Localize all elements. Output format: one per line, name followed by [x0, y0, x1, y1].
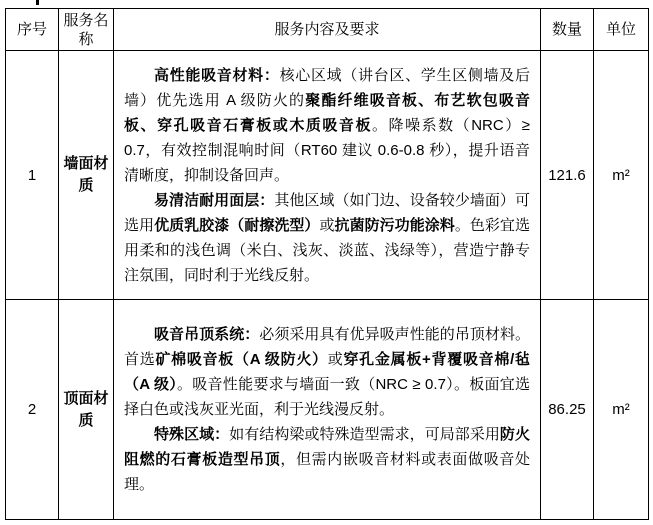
- col-header-index: 序号: [6, 9, 59, 51]
- bold-text-segment: 抗菌防污功能涂料: [335, 217, 455, 234]
- text-segment: 或: [328, 351, 344, 368]
- col-header-content: 服务内容及要求: [114, 9, 541, 51]
- text-segment: 。吸音性能要求与墙面一致（NRC ≥ 0.7）。板面宜选择白色或浅灰亚光面，利于…: [124, 376, 530, 418]
- content-paragraph: 高性能吸音材料：核心区域（讲台区、学生区侧墙及后墙）优先选用 A 级防火的聚酯纤…: [124, 63, 530, 188]
- unit-value: m²: [594, 51, 649, 300]
- content-paragraph: 易清洁耐用面层：其他区域（如门边、设备较少墙面）可选用优质乳胶漆（耐擦洗型）或抗…: [124, 188, 530, 288]
- table-body: 1 墙面材质 高性能吸音材料：核心区域（讲台区、学生区侧墙及后墙）优先选用 A …: [6, 51, 649, 520]
- header-row: 序号 服务名称 服务内容及要求 数量 单位: [6, 9, 649, 51]
- bold-text-segment: 吸音吊顶系统：: [154, 326, 259, 343]
- row-index: 2: [6, 300, 59, 520]
- content-paragraph: 特殊区域：如有结构梁或特殊造型需求，可局部采用防火阻燃的石膏板造型吊顶，但需内嵌…: [124, 422, 530, 497]
- service-content: 吸音吊顶系统：必须采用具有优异吸声性能的吊顶材料。首选矿棉吸音板（A 级防火）或…: [114, 300, 541, 520]
- text-segment: 或: [319, 217, 334, 234]
- bold-text-segment: 高性能吸音材料：: [154, 67, 280, 84]
- service-name: 墙面材质: [59, 51, 114, 300]
- text-segment: 如有结构梁或特殊造型需求，可局部采用: [229, 426, 500, 443]
- stray-mark: [36, 0, 39, 5]
- bold-text-segment: 易清洁耐用面层：: [154, 192, 274, 209]
- col-header-quantity: 数量: [541, 9, 594, 51]
- col-header-unit: 单位: [594, 9, 649, 51]
- row-index: 1: [6, 51, 59, 300]
- table-row: 2 顶面材质 吸音吊顶系统：必须采用具有优异吸声性能的吊顶材料。首选矿棉吸音板（…: [6, 300, 649, 520]
- service-name: 顶面材质: [59, 300, 114, 520]
- service-content: 高性能吸音材料：核心区域（讲台区、学生区侧墙及后墙）优先选用 A 级防火的聚酯纤…: [114, 51, 541, 300]
- quantity-value: 121.6: [541, 51, 594, 300]
- unit-value: m²: [594, 300, 649, 520]
- bold-text-segment: 特殊区域：: [154, 426, 229, 443]
- quantity-value: 86.25: [541, 300, 594, 520]
- bold-text-segment: 优质乳胶漆（耐擦洗型）: [154, 217, 319, 234]
- content-paragraph: 吸音吊顶系统：必须采用具有优异吸声性能的吊顶材料。首选矿棉吸音板（A 级防火）或…: [124, 322, 530, 422]
- service-requirements-table: 序号 服务名称 服务内容及要求 数量 单位 1 墙面材质 高性能吸音材料：核心区…: [5, 8, 649, 520]
- table-header: 序号 服务名称 服务内容及要求 数量 单位: [6, 9, 649, 51]
- table-row: 1 墙面材质 高性能吸音材料：核心区域（讲台区、学生区侧墙及后墙）优先选用 A …: [6, 51, 649, 300]
- col-header-service-name: 服务名称: [59, 9, 114, 51]
- bold-text-segment: 矿棉吸音板（A 级防火）: [155, 351, 327, 368]
